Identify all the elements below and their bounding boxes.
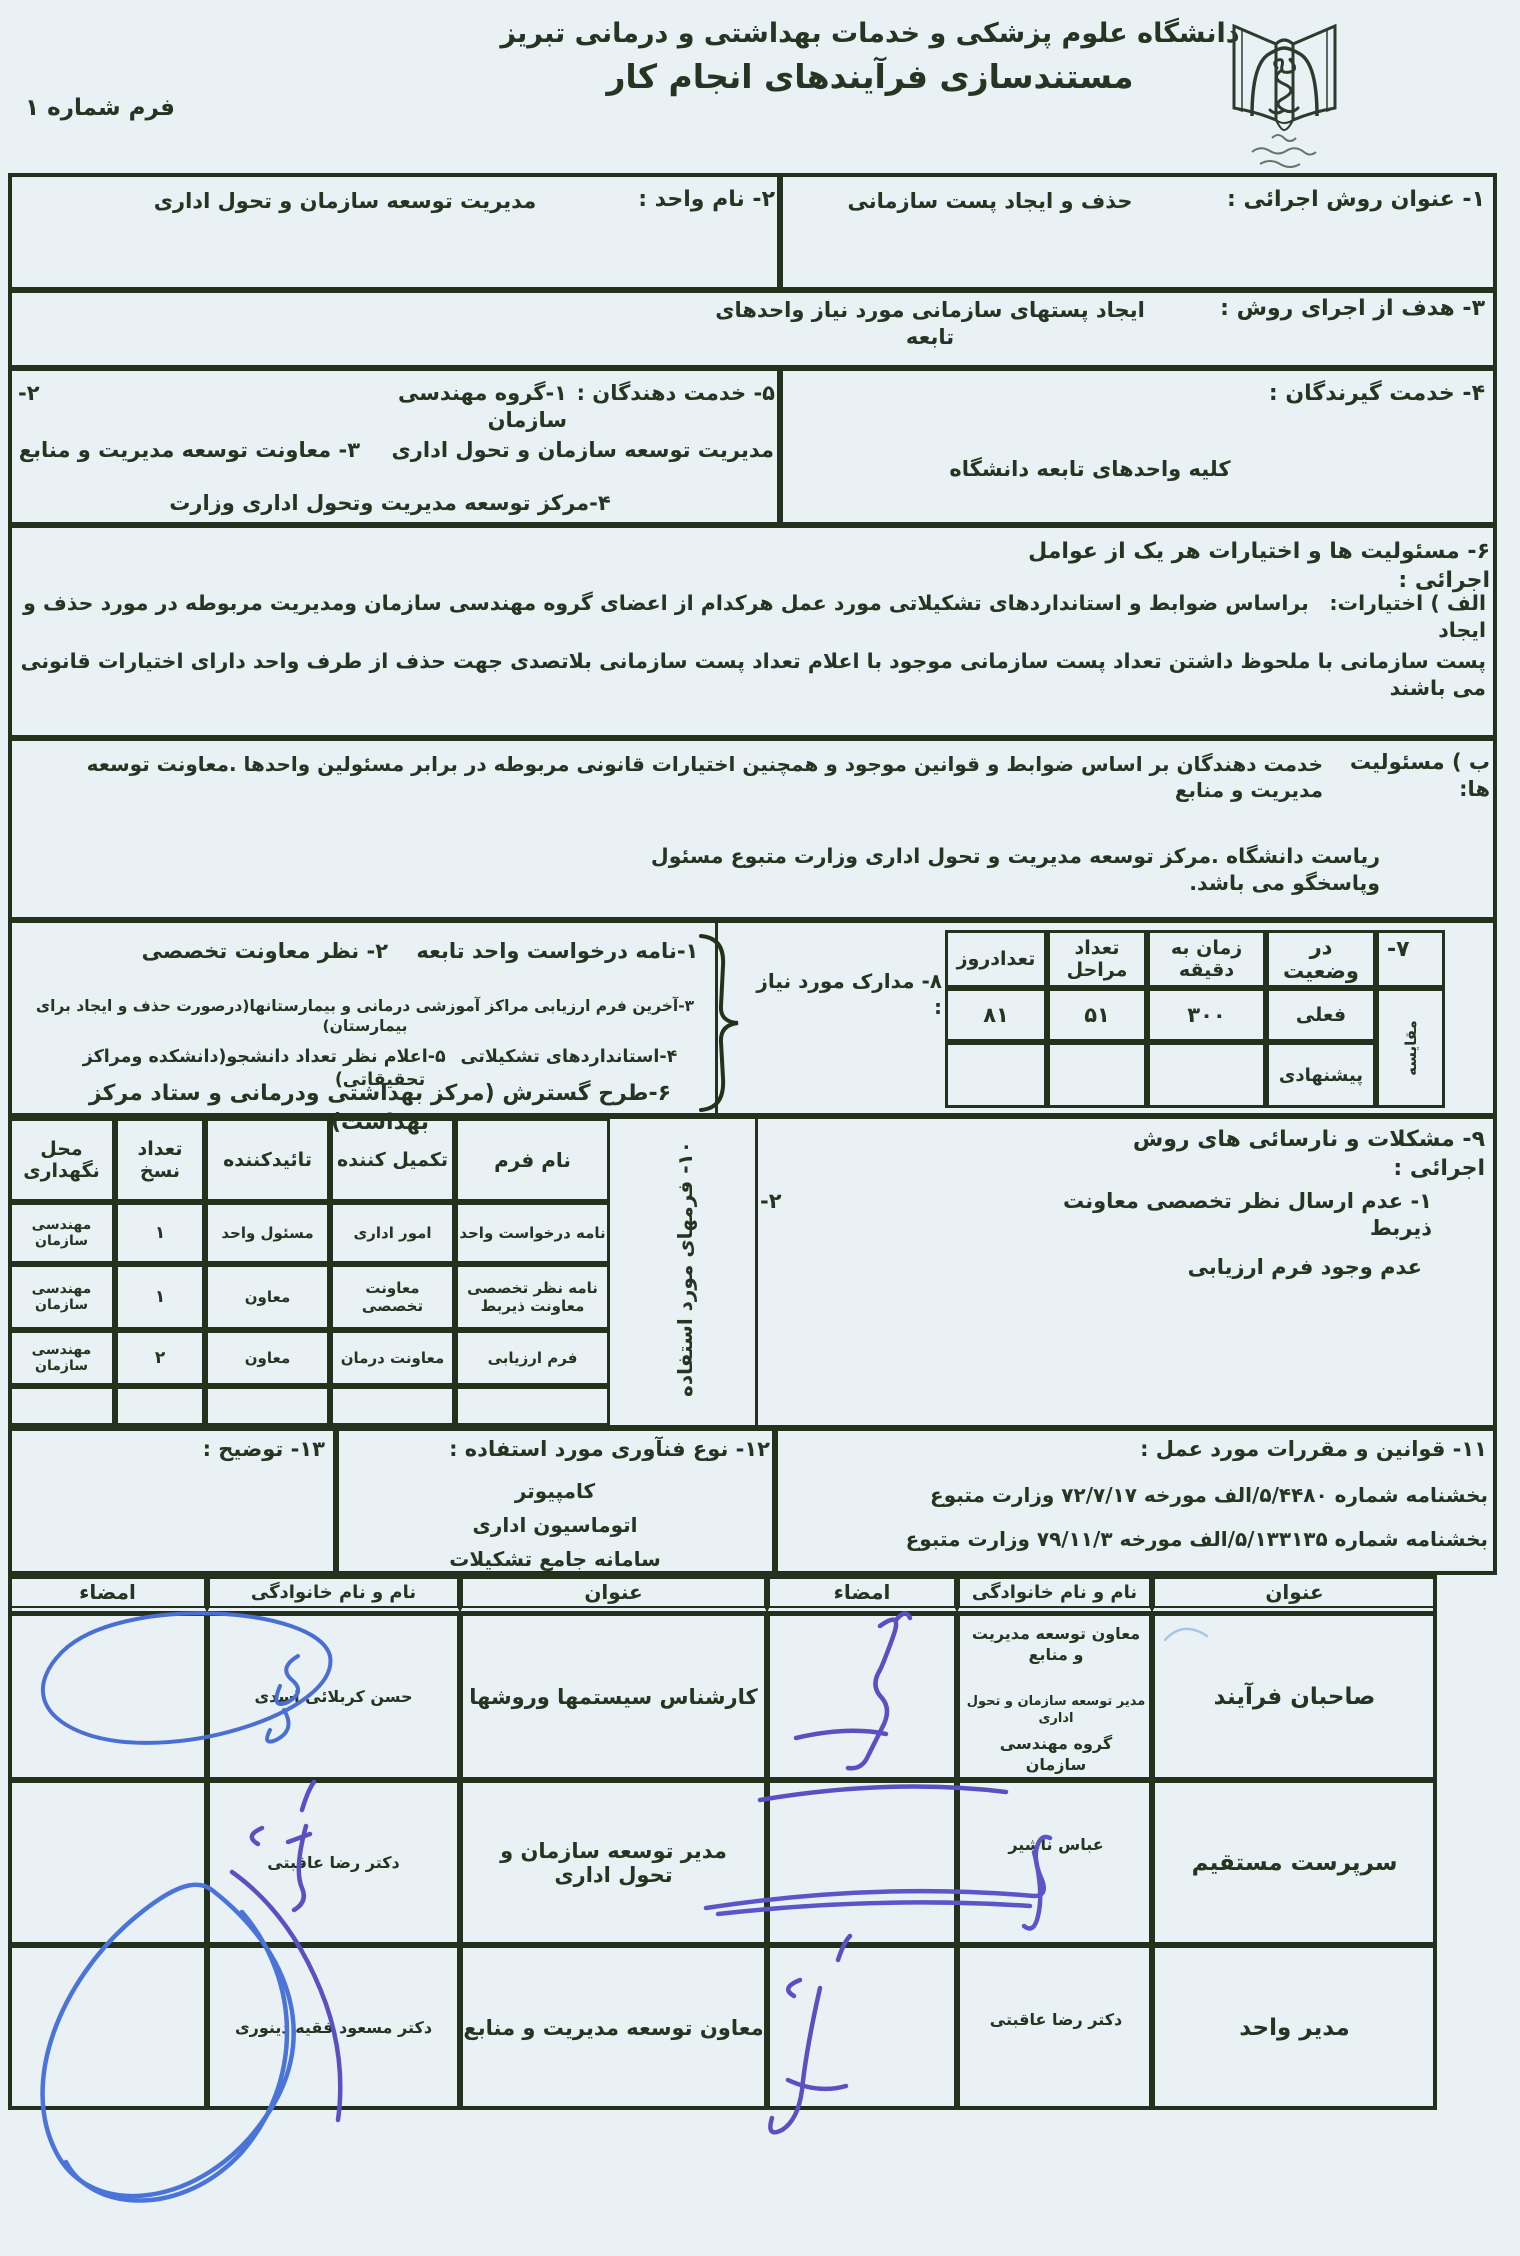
sb-label: ب ) مسئولیت ها: xyxy=(1340,749,1490,804)
s12-item2: اتوماسیون اداری xyxy=(360,1512,750,1538)
s10-row4-filler xyxy=(330,1386,455,1426)
s10-header-name: نام فرم xyxy=(455,1118,610,1202)
s13-label: ۱۳- توضیح : xyxy=(155,1436,325,1463)
s12-label: ۱۲- نوع فنآوری مورد استفاده : xyxy=(415,1436,770,1463)
sig-r3-name-right-1: دکتر رضا عاقبتی xyxy=(970,2010,1142,2031)
sig-r3-name-left: دکتر مسعود فقیه دینوری xyxy=(207,1945,460,2110)
sig-r3-name-right: دکتر رضا عاقبتی xyxy=(957,1945,1152,2110)
sig-r1-name-right-1: معاون توسعه مدیریت و منابع xyxy=(970,1624,1142,1666)
university-book-and-serpent-logo xyxy=(1222,20,1347,180)
s8-item2: ۳-آخرین فرم ارزیابی مراکز آموزشی درمانی … xyxy=(20,996,710,1036)
s10-row3-storage: مهندسی سازمان xyxy=(8,1330,115,1386)
sig-r2-sign-right-cell xyxy=(767,1780,957,1945)
s2-value: مدیریت توسعه سازمان و تحول اداری xyxy=(130,188,560,215)
sig-r3-sign-left-cell xyxy=(8,1945,207,2110)
s7-header-status: در وضعیت xyxy=(1266,930,1376,988)
s9-item2: عدم وجود فرم ارزیابی xyxy=(1090,1254,1422,1281)
s7-row-proposed-label: پیشنهادی xyxy=(1266,1042,1376,1108)
s7-header-steps: تعداد مراحل xyxy=(1047,930,1147,988)
s6-alef-line1: الف ) اختیارات: براساس ضوابط و استاندارد… xyxy=(18,590,1486,643)
sig-r2-name-right: عباس ناشیر xyxy=(957,1780,1152,1945)
s4-value: کلیه واحدهای تابعه دانشگاه xyxy=(890,456,1290,483)
sig-r2-name-right-1: عباس ناشیر xyxy=(970,1835,1142,1856)
s10-header-filler: تکمیل کننده xyxy=(330,1118,455,1202)
s10-vertical-label: ۱۰- فرمهای مورد استفاده xyxy=(672,1119,698,1419)
s10-row1-approver: مسئول واحد xyxy=(205,1202,330,1264)
s6-alef-line2: پست سازمانی با ملحوظ داشتن تعداد پست ساز… xyxy=(14,648,1486,701)
s9-label: ۹- مشکلات و نارسائی های روش اجرائی : xyxy=(1075,1126,1485,1183)
sig-r1-title-right: صاحبان فرآیند xyxy=(1152,1613,1437,1780)
s7-row-current-label: فعلی xyxy=(1266,988,1376,1042)
sig-r2-sign-left-cell xyxy=(8,1780,207,1945)
s11-label: ۱۱- قوانین و مقررات مورد عمل : xyxy=(1090,1436,1487,1463)
s7-current-steps: ۵۱ xyxy=(1047,988,1147,1042)
s6-alef-label: الف ) اختیارات: xyxy=(1329,591,1486,615)
s1-value: حذف و ایجاد پست سازمانی xyxy=(810,188,1170,215)
sb-line1: خدمت دهندگان بر اساس ضوابط و قوانین موجو… xyxy=(55,751,1323,803)
s9-item1-wrap: ۲- xyxy=(760,1188,812,1215)
s7-proposed-time xyxy=(1147,1042,1266,1108)
s10-header-copies: تعداد نسخ xyxy=(115,1118,205,1202)
sig-r1-name-right-3: گروه مهندسی سازمان xyxy=(970,1734,1142,1776)
sig-header-sign-left: امضاء xyxy=(8,1575,207,1613)
s10-row4-approver xyxy=(205,1386,330,1426)
sig-r2-name-left: دکتر رضا عاقبتی xyxy=(207,1780,460,1945)
s12-item3: سامانه جامع تشکیلات xyxy=(360,1546,750,1572)
s10-row3-copies: ۲ xyxy=(115,1330,205,1386)
s9-item1: ۱- عدم ارسال نظر تخصصی معاونت ذیربط xyxy=(1030,1188,1432,1243)
s5-item1: ۱-گروه مهندسی سازمان xyxy=(345,380,567,435)
s10-header-storage: محل نگهداری xyxy=(8,1118,115,1202)
sig-r1-sign-left-cell xyxy=(8,1613,207,1780)
s7-compare-cell: مقایسه xyxy=(1376,988,1445,1108)
sig-r3-sign-right-cell xyxy=(767,1945,957,2110)
sb-line2: ریاست دانشگاه .مرکز توسعه مدیریت و تحول … xyxy=(620,843,1380,896)
sig-r2-title-right: سرپرست مستقیم xyxy=(1152,1780,1437,1945)
sig-r1-name-left: حسن کربلائی اسدی xyxy=(207,1613,460,1780)
s10-row1-copies: ۱ xyxy=(115,1202,205,1264)
s10-row2-name: نامه نظر تخصصی معاونت ذیربط xyxy=(455,1264,610,1330)
scanned-form-page: دانشگاه علوم پزشکی و خدمات بهداشتی و درم… xyxy=(0,0,1520,2256)
document-title: مستندسازی فرآیندهای انجام کار xyxy=(420,56,1320,99)
sig-header-name-right: نام و نام خانوادگی xyxy=(957,1575,1152,1613)
s5-item1-wrap: ۲- xyxy=(18,380,68,407)
s10-row2-storage: مهندسی سازمان xyxy=(8,1264,115,1330)
s7-current-days: ۸۱ xyxy=(945,988,1047,1042)
sig-r2-title-left: مدیر توسعه سازمان و تحول اداری xyxy=(460,1780,767,1945)
sig-r1-name-right-2: مدیر توسعه سازمان و تحول اداری xyxy=(964,1694,1148,1728)
s7-proposed-steps xyxy=(1047,1042,1147,1108)
s2-label: ۲- نام واحد : xyxy=(565,186,775,215)
s10-row1-storage: مهندسی سازمان xyxy=(8,1202,115,1264)
s10-row2-filler: معاونت تخصصی xyxy=(330,1264,455,1330)
sig-r1-name-right: معاون توسعه مدیریت و منابع مدیر توسعه سا… xyxy=(957,1613,1152,1780)
s10-row2-copies: ۱ xyxy=(115,1264,205,1330)
s10-row2-approver: معاون xyxy=(205,1264,330,1330)
s7-header-time: زمان به دقیقه xyxy=(1147,930,1266,988)
s5-line3: ۴-مرکز توسعه مدیریت وتحول اداری وزارت xyxy=(150,490,630,517)
s10-row3-name: فرم ارزیابی xyxy=(455,1330,610,1386)
s6-label: ۶- مسئولیت ها و اختیارات هر یک از عوامل … xyxy=(985,538,1490,595)
s10-header-approver: تائیدکننده xyxy=(205,1118,330,1202)
sig-r1-sign-right-cell xyxy=(767,1613,957,1780)
s10-row1-filler: امور اداری xyxy=(330,1202,455,1264)
s3-value: ایجاد پستهای سازمانی مورد نیاز واحدهای ت… xyxy=(690,297,1170,352)
curly-brace xyxy=(695,932,745,1114)
s7-proposed-days xyxy=(945,1042,1047,1108)
sig-r1-title-left: کارشناس سیستمها وروشها xyxy=(460,1613,767,1780)
s10-row4-name xyxy=(455,1386,610,1426)
s5-label: ۵- خدمت دهندگان : xyxy=(575,380,775,407)
s8-item1: ۱-نامه درخواست واحد تابعه ۲- نظر معاونت … xyxy=(140,938,700,965)
s4-label: ۴- خدمت گیرندگان : xyxy=(1140,380,1485,409)
s6-alef-text: براساس ضوابط و استانداردهای تشکیلاتی مور… xyxy=(23,591,1486,642)
s12-item1: کامپیوتر xyxy=(360,1478,750,1504)
s8-label: ۸- مدارک مورد نیاز : xyxy=(742,968,942,1020)
s10-row4-storage xyxy=(8,1386,115,1426)
s10-row4-copies xyxy=(115,1386,205,1426)
s10-row3-filler: معاونت درمان xyxy=(330,1330,455,1386)
form-number: فرم شماره ۱ xyxy=(15,94,185,124)
sig-header-name-left: نام و نام خانوادگی xyxy=(207,1575,460,1613)
s10-row1-name: نامه درخواست واحد xyxy=(455,1202,610,1264)
s7-compare-label: مقایسه xyxy=(1402,1020,1420,1076)
s10-row3-approver: معاون xyxy=(205,1330,330,1386)
s3-label: ۳- هدف از اجرای روش : xyxy=(1180,295,1485,324)
s7-number: ۷- xyxy=(1376,930,1445,988)
sig-header-title-right: عنوان xyxy=(1152,1575,1437,1613)
s7-current-time: ۳۰۰ xyxy=(1147,988,1266,1042)
s11-line2: بخشنامه شماره ۵/۱۳۳۱۳۵/الف مورخه ۷۹/۱۱/۳… xyxy=(800,1526,1488,1552)
university-title: دانشگاه علوم پزشکی و خدمات بهداشتی و درم… xyxy=(420,16,1320,51)
s5-line2: مدیریت توسعه سازمان و تحول اداری ۳- معاو… xyxy=(16,437,774,464)
sig-header-title-left: عنوان xyxy=(460,1575,767,1613)
sig-r3-title-right: مدیر واحد xyxy=(1152,1945,1437,2110)
s7-header-days: تعدادروز xyxy=(945,930,1047,988)
sig-r3-title-left: معاون توسعه مدیریت و منابع xyxy=(460,1945,767,2110)
sig-header-sign-right: امضاء xyxy=(767,1575,957,1613)
s11-line1: بخشنامه شماره ۵/۴۴۸۰/الف مورخه ۷۲/۷/۱۷ و… xyxy=(800,1482,1488,1508)
